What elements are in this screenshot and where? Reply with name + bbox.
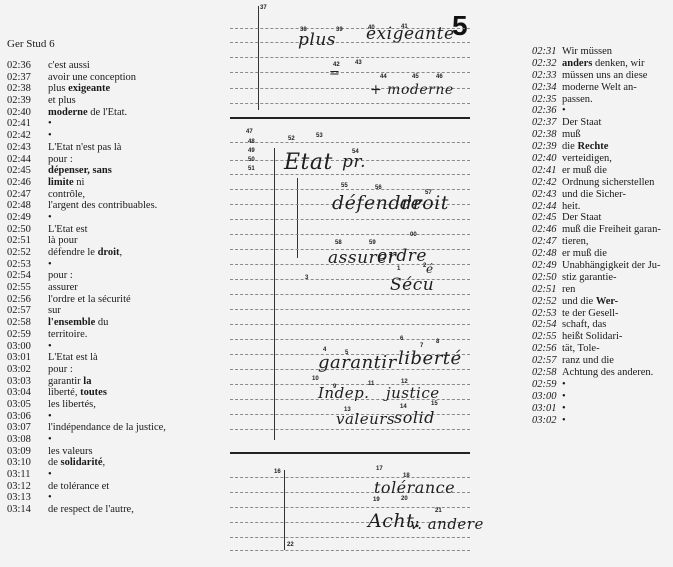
- margin-rule: [258, 6, 259, 110]
- transcript-line: 02:38muß: [532, 129, 661, 141]
- transcript-line: 02:47tieren,: [532, 236, 661, 248]
- marker: 10: [312, 376, 319, 382]
- handwriting: + moderne: [370, 82, 454, 98]
- transcript-line: 02:32anders denken, wir: [532, 58, 661, 70]
- timecode: 03:06: [7, 411, 48, 423]
- ruled-line: [230, 142, 470, 143]
- transcript-text: Der Staat: [562, 212, 601, 224]
- transcript-text: pour :: [48, 364, 73, 376]
- transcript-text: schaft, das: [562, 319, 606, 331]
- transcript-text: assurer: [48, 282, 78, 294]
- document-title: Ger Stud 6: [7, 38, 55, 50]
- transcript-text: die Rechte: [562, 141, 608, 153]
- timecode: 02:57: [7, 305, 48, 317]
- transcript-line: 02:46muß die Freiheit garan-: [532, 224, 661, 236]
- transcript-text: et plus: [48, 95, 76, 107]
- transcript-line: 02:51ren: [532, 284, 661, 296]
- transcript-line: 02:37avoir une conception: [7, 72, 166, 84]
- timecode: 02:57: [532, 355, 562, 367]
- marker: 58: [335, 240, 342, 246]
- handwriting: é: [426, 262, 434, 276]
- marker: 39: [336, 27, 343, 33]
- ruled-line: [230, 429, 470, 430]
- transcript-line: 02:41er muß die: [532, 165, 661, 177]
- ruled-line: [230, 324, 470, 325]
- transcript-text: les libertés,: [48, 399, 96, 411]
- transcript-line: 03:02•: [532, 415, 661, 427]
- timecode: 02:52: [532, 296, 562, 308]
- timecode: 02:56: [532, 343, 562, 355]
- timecode: 02:49: [7, 212, 48, 224]
- transcript-line: 02:43und die Sicher-: [532, 189, 661, 201]
- marker: 55: [341, 183, 348, 189]
- transcript-line: 03:01•: [532, 403, 661, 415]
- transcript-text: dépenser, sans: [48, 165, 112, 177]
- timecode: 02:36: [7, 60, 48, 72]
- french-transcript: 02:36c'est aussi02:37avoir une conceptio…: [7, 60, 166, 516]
- transcript-text: •: [562, 403, 566, 415]
- marker: 1: [397, 266, 400, 272]
- ruled-line: [230, 507, 470, 508]
- transcript-text: liberté, toutes: [48, 387, 107, 399]
- transcript-text: Unabhängigkeit der Ju-: [562, 260, 661, 272]
- timecode: 02:50: [532, 272, 562, 284]
- transcript-text: und die Sicher-: [562, 189, 626, 201]
- transcript-text: sur: [48, 305, 61, 317]
- transcript-line: 02:56l'ordre et la sécurité: [7, 294, 166, 306]
- handwritten-notes-panel: 37 38 39 40 41 42 43 44 45 46 plus exige…: [230, 0, 502, 567]
- transcript-line: 02:43L'Etat n'est pas là: [7, 142, 166, 154]
- timecode: 02:41: [7, 118, 48, 130]
- handwriting: garantir: [318, 352, 397, 373]
- transcript-line: 02:55heißt Solidari-: [532, 331, 661, 343]
- transcript-line: 02:44heit.: [532, 201, 661, 213]
- timecode: 02:33: [532, 70, 562, 82]
- transcript-text: er muß die: [562, 165, 607, 177]
- marker: 49: [248, 148, 255, 154]
- marker: 44: [380, 74, 387, 80]
- timecode: 02:36: [532, 105, 562, 117]
- transcript-line: 02:36c'est aussi: [7, 60, 166, 72]
- handwriting: Indep.: [318, 384, 369, 402]
- transcript-text: L'Etat est là: [48, 352, 98, 364]
- timecode: 02:54: [7, 270, 48, 282]
- timecode: 02:58: [532, 367, 562, 379]
- transcript-line: 03:13•: [7, 492, 166, 504]
- transcript-line: 02:59territoire.: [7, 329, 166, 341]
- handwriting: tolérance: [374, 478, 455, 497]
- german-transcript: 02:31Wir müssen02:32anders denken, wir02…: [532, 46, 661, 427]
- timecode: 02:31: [532, 46, 562, 58]
- transcript-line: 03:11•: [7, 469, 166, 481]
- transcript-text: L'Etat est: [48, 224, 88, 236]
- transcript-line: 02:55assurer: [7, 282, 166, 294]
- marker: 45: [412, 74, 419, 80]
- timecode: 02:42: [7, 130, 48, 142]
- transcript-text: •: [48, 492, 52, 504]
- indent-rule: [297, 178, 298, 258]
- handwriting: v. andere: [410, 515, 484, 533]
- transcript-text: heißt Solidari-: [562, 331, 622, 343]
- timecode: 02:43: [7, 142, 48, 154]
- timecode: 03:01: [532, 403, 562, 415]
- transcript-text: garantir la: [48, 376, 91, 388]
- transcript-line: 03:04liberté, toutes: [7, 387, 166, 399]
- transcript-text: verteidigen,: [562, 153, 612, 165]
- marker: 53: [316, 133, 323, 139]
- timecode: 02:56: [7, 294, 48, 306]
- marker: 43: [355, 60, 362, 66]
- transcript-line: 03:06•: [7, 411, 166, 423]
- timecode: 02:51: [532, 284, 562, 296]
- transcript-text: •: [48, 341, 52, 353]
- transcript-text: tät, Tole-: [562, 343, 600, 355]
- timecode: 03:03: [7, 376, 48, 388]
- transcript-text: c'est aussi: [48, 60, 90, 72]
- ruled-line: [230, 72, 470, 73]
- handwriting: =: [329, 66, 340, 81]
- transcript-line: 02:50stiz garantie-: [532, 272, 661, 284]
- transcript-text: Achtung des anderen.: [562, 367, 653, 379]
- section-divider: [230, 452, 470, 454]
- timecode: 03:11: [7, 469, 48, 481]
- timecode: 03:05: [7, 399, 48, 411]
- handwriting: ordre: [377, 246, 427, 266]
- transcript-text: muß: [562, 129, 581, 141]
- marker: 16: [274, 469, 281, 475]
- transcript-text: L'Etat n'est pas là: [48, 142, 121, 154]
- transcript-line: 02:45dépenser, sans: [7, 165, 166, 177]
- timecode: 03:00: [532, 391, 562, 403]
- transcript-line: 02:49•: [7, 212, 166, 224]
- transcript-line: 02:50L'Etat est: [7, 224, 166, 236]
- transcript-text: stiz garantie-: [562, 272, 617, 284]
- transcript-text: und die Wer-: [562, 296, 618, 308]
- timecode: 02:53: [7, 259, 48, 271]
- transcript-line: 02:35passen.: [532, 94, 661, 106]
- handwriting: Etat: [284, 150, 333, 175]
- timecode: 02:42: [532, 177, 562, 189]
- marker: 22: [287, 542, 294, 548]
- marker: 56: [375, 185, 382, 191]
- transcript-line: 02:38plus exigeante: [7, 83, 166, 95]
- timecode: 02:51: [7, 235, 48, 247]
- timecode: 02:35: [532, 94, 562, 106]
- transcript-text: moderne Welt an-: [562, 82, 637, 94]
- transcript-text: pour :: [48, 270, 73, 282]
- marker: 00: [410, 232, 417, 238]
- transcript-line: 02:59•: [532, 379, 661, 391]
- transcript-line: 02:52und die Wer-: [532, 296, 661, 308]
- ruled-line: [230, 189, 470, 190]
- transcript-text: Der Staat: [562, 117, 601, 129]
- transcript-line: 03:03garantir la: [7, 376, 166, 388]
- marker: 59: [369, 240, 376, 246]
- timecode: 02:45: [532, 212, 562, 224]
- transcript-text: er muß die: [562, 248, 607, 260]
- marker: 19: [373, 497, 380, 503]
- timecode: 02:52: [7, 247, 48, 259]
- transcript-line: 02:46limite ni: [7, 177, 166, 189]
- transcript-text: •: [562, 415, 566, 427]
- transcript-line: 02:45Der Staat: [532, 212, 661, 224]
- transcript-text: te der Gesell-: [562, 308, 619, 320]
- transcript-line: 02:57sur: [7, 305, 166, 317]
- transcript-text: ren: [562, 284, 575, 296]
- timecode: 02:40: [532, 153, 562, 165]
- transcript-line: 02:39et plus: [7, 95, 166, 107]
- transcript-text: Wir müssen: [562, 46, 612, 58]
- margin-rule: [284, 470, 285, 550]
- ruled-line: [230, 550, 470, 551]
- transcript-line: 02:36•: [532, 105, 661, 117]
- timecode: 03:14: [7, 504, 48, 516]
- transcript-line: 03:01L'Etat est là: [7, 352, 166, 364]
- timecode: 03:08: [7, 434, 48, 446]
- timecode: 02:55: [7, 282, 48, 294]
- transcript-text: •: [48, 118, 52, 130]
- transcript-text: •: [48, 411, 52, 423]
- transcript-text: anders denken, wir: [562, 58, 645, 70]
- transcript-text: territoire.: [48, 329, 87, 341]
- timecode: 02:53: [532, 308, 562, 320]
- ruled-line: [230, 234, 470, 235]
- timecode: 03:12: [7, 481, 48, 493]
- transcript-line: 03:00•: [7, 341, 166, 353]
- marker: 21: [435, 508, 442, 514]
- transcript-text: •: [48, 259, 52, 271]
- timecode: 03:04: [7, 387, 48, 399]
- transcript-line: 03:10de solidarité,: [7, 457, 166, 469]
- handwriting: pr.: [342, 152, 366, 172]
- transcript-line: 02:49Unabhängigkeit der Ju-: [532, 260, 661, 272]
- transcript-line: 02:58Achtung des anderen.: [532, 367, 661, 379]
- timecode: 03:02: [7, 364, 48, 376]
- timecode: 02:37: [532, 117, 562, 129]
- transcript-text: pour :: [48, 154, 73, 166]
- ruled-line: [230, 309, 470, 310]
- transcript-text: müssen uns an diese: [562, 70, 647, 82]
- marker: 3: [305, 275, 308, 281]
- transcript-text: •: [562, 105, 566, 117]
- transcript-line: 02:41•: [7, 118, 166, 130]
- transcript-text: l'ensemble du: [48, 317, 108, 329]
- handwriting: droit: [400, 192, 449, 214]
- transcript-line: 02:40moderne de l'Etat.: [7, 107, 166, 119]
- transcript-line: 02:51là pour: [7, 235, 166, 247]
- timecode: 02:43: [532, 189, 562, 201]
- timecode: 02:32: [532, 58, 562, 70]
- transcript-text: •: [48, 434, 52, 446]
- transcript-line: 02:52défendre le droit,: [7, 247, 166, 259]
- transcript-line: 03:08•: [7, 434, 166, 446]
- handwriting: Sécu: [390, 275, 434, 295]
- transcript-text: de tolérance et: [48, 481, 109, 493]
- handwriting: justice: [386, 384, 440, 402]
- timecode: 02:45: [7, 165, 48, 177]
- timecode: 02:54: [532, 319, 562, 331]
- timecode: 02:37: [7, 72, 48, 84]
- timecode: 02:34: [532, 82, 562, 94]
- timecode: 02:40: [7, 107, 48, 119]
- transcript-text: Ordnung sicherstellen: [562, 177, 654, 189]
- handwriting: solid: [394, 408, 435, 427]
- handwriting: plus: [298, 30, 336, 50]
- marker: 46: [436, 74, 443, 80]
- marker: 47: [246, 129, 253, 135]
- timecode: 03:07: [7, 422, 48, 434]
- transcript-line: 02:48l'argent des contribuables.: [7, 200, 166, 212]
- timecode: 02:41: [532, 165, 562, 177]
- timecode: 02:50: [7, 224, 48, 236]
- marker: 17: [376, 466, 383, 472]
- transcript-text: •: [562, 379, 566, 391]
- transcript-text: •: [562, 391, 566, 403]
- transcript-line: 03:02pour :: [7, 364, 166, 376]
- transcript-line: 03:00•: [532, 391, 661, 403]
- transcript-text: l'argent des contribuables.: [48, 200, 157, 212]
- transcript-line: 02:34moderne Welt an-: [532, 82, 661, 94]
- transcript-line: 03:07l'indépendance de la justice,: [7, 422, 166, 434]
- transcript-line: 02:53•: [7, 259, 166, 271]
- timecode: 02:49: [532, 260, 562, 272]
- timecode: 03:00: [7, 341, 48, 353]
- ruled-line: [230, 57, 470, 58]
- timecode: 03:01: [7, 352, 48, 364]
- transcript-line: 02:40verteidigen,: [532, 153, 661, 165]
- timecode: 02:44: [532, 201, 562, 213]
- transcript-line: 02:56tät, Tole-: [532, 343, 661, 355]
- handwriting: exigeante: [366, 24, 455, 44]
- transcript-line: 02:53te der Gesell-: [532, 308, 661, 320]
- ruled-line: [230, 219, 470, 220]
- transcript-text: de respect de l'autre,: [48, 504, 134, 516]
- timecode: 02:55: [532, 331, 562, 343]
- transcript-text: •: [48, 130, 52, 142]
- timecode: 02:47: [7, 189, 48, 201]
- transcript-text: muß die Freiheit garan-: [562, 224, 661, 236]
- timecode: 03:09: [7, 446, 48, 458]
- transcript-text: l'ordre et la sécurité: [48, 294, 131, 306]
- ruled-line: [230, 339, 470, 340]
- timecode: 02:46: [532, 224, 562, 236]
- ruled-line: [230, 537, 470, 538]
- timecode: 02:59: [7, 329, 48, 341]
- section-divider: [230, 117, 470, 119]
- transcript-line: 02:39die Rechte: [532, 141, 661, 153]
- timecode: 02:39: [532, 141, 562, 153]
- handwriting: valeurs: [336, 410, 395, 428]
- transcript-line: 02:54pour :: [7, 270, 166, 282]
- transcript-line: 03:12de tolérance et: [7, 481, 166, 493]
- transcript-line: 02:42Ordnung sicherstellen: [532, 177, 661, 189]
- transcript-text: l'indépendance de la justice,: [48, 422, 166, 434]
- marker: 6: [400, 336, 403, 342]
- transcript-text: contrôle,: [48, 189, 85, 201]
- marker: 51: [248, 166, 255, 172]
- transcript-line: 02:58l'ensemble du: [7, 317, 166, 329]
- transcript-line: 02:57ranz und die: [532, 355, 661, 367]
- marker: 48: [248, 139, 255, 145]
- ruled-line: [230, 174, 470, 175]
- transcript-text: tieren,: [562, 236, 589, 248]
- transcript-text: là pour: [48, 235, 77, 247]
- ruled-line: [230, 103, 470, 104]
- timecode: 03:10: [7, 457, 48, 469]
- handwriting: liberté: [398, 348, 462, 369]
- timecode: 02:59: [532, 379, 562, 391]
- transcript-line: 02:48er muß die: [532, 248, 661, 260]
- transcript-text: plus exigeante: [48, 83, 110, 95]
- timecode: 02:48: [7, 200, 48, 212]
- timecode: 03:13: [7, 492, 48, 504]
- transcript-text: défendre le droit,: [48, 247, 122, 259]
- transcript-line: 02:33müssen uns an diese: [532, 70, 661, 82]
- transcript-page: Ger Stud 6 02:36c'est aussi02:37avoir un…: [0, 0, 673, 567]
- timecode: 02:38: [532, 129, 562, 141]
- transcript-text: heit.: [562, 201, 580, 213]
- transcript-line: 02:31Wir müssen: [532, 46, 661, 58]
- timecode: 02:48: [532, 248, 562, 260]
- transcript-line: 02:44pour :: [7, 154, 166, 166]
- transcript-line: 02:54schaft, das: [532, 319, 661, 331]
- transcript-text: limite ni: [48, 177, 84, 189]
- transcript-text: avoir une conception: [48, 72, 136, 84]
- transcript-text: moderne de l'Etat.: [48, 107, 127, 119]
- timecode: 03:02: [532, 415, 562, 427]
- marker: 50: [248, 157, 255, 163]
- transcript-line: 03:05les libertés,: [7, 399, 166, 411]
- transcript-line: 03:14de respect de l'autre,: [7, 504, 166, 516]
- transcript-text: ranz und die: [562, 355, 614, 367]
- timecode: 02:44: [7, 154, 48, 166]
- timecode: 02:38: [7, 83, 48, 95]
- transcript-line: 02:47contrôle,: [7, 189, 166, 201]
- transcript-text: •: [48, 469, 52, 481]
- timecode: 02:47: [532, 236, 562, 248]
- transcript-text: passen.: [562, 94, 593, 106]
- transcript-line: 02:37Der Staat: [532, 117, 661, 129]
- timecode: 02:39: [7, 95, 48, 107]
- transcript-line: 03:09les valeurs: [7, 446, 166, 458]
- marker: 8: [436, 339, 439, 345]
- marker: 52: [288, 136, 295, 142]
- marker: 37: [260, 5, 267, 11]
- transcript-text: les valeurs: [48, 446, 93, 458]
- timecode: 02:58: [7, 317, 48, 329]
- transcript-text: •: [48, 212, 52, 224]
- transcript-text: de solidarité,: [48, 457, 105, 469]
- transcript-line: 02:42•: [7, 130, 166, 142]
- timecode: 02:46: [7, 177, 48, 189]
